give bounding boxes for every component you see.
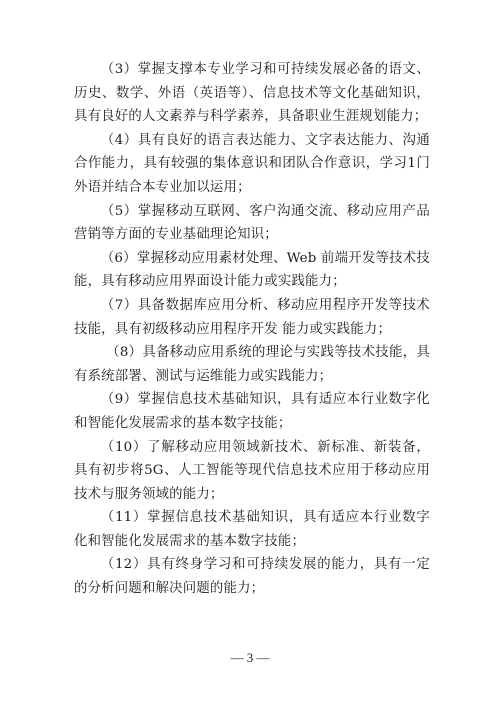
paragraph-6: （6）掌握移动应用素材处理、Web 前端开发等技术技能，具有移动应用界面设计能力… — [74, 247, 430, 294]
paragraph-4: （4）具有良好的语言表达能力、文字表达能力、沟通合作能力，具有较强的集体意识和团… — [74, 129, 430, 200]
paragraph-7: （7）具备数据库应用分析、移动应用程序开发等技术技能，具有初级移动应用程序开发 … — [74, 294, 430, 341]
paragraph-11: （11）掌握信息技术基础知识，具有适应本行业数字化和智能化发展需求的基本数字技能… — [74, 506, 430, 553]
paragraph-3: （3）掌握支撑本专业学习和可持续发展必备的语文、历史、数学、外语（英语等）、信息… — [74, 58, 430, 129]
paragraph-9: （9）掌握信息技术基础知识，具有适应本行业数字化和智能化发展需求的基本数字技能； — [74, 388, 430, 435]
document-body: （3）掌握支撑本专业学习和可持续发展必备的语文、历史、数学、外语（英语等）、信息… — [74, 58, 430, 601]
paragraph-8: （8）具备移动应用系统的理论与实践等技术技能，具有系统部署、测试与运维能力或实践… — [74, 341, 430, 388]
paragraph-5: （5）掌握移动互联网、客户沟通交流、移动应用产品营销等方面的专业基础理论知识； — [74, 200, 430, 247]
paragraph-10: （10）了解移动应用领域新技术、新标准、新装备，具有初步将5G、人工智能等现代信… — [74, 436, 430, 507]
page-number: — 3 — — [0, 650, 500, 666]
paragraph-12: （12）具有终身学习和可持续发展的能力，具有一定的分析问题和解决问题的能力； — [74, 553, 430, 600]
